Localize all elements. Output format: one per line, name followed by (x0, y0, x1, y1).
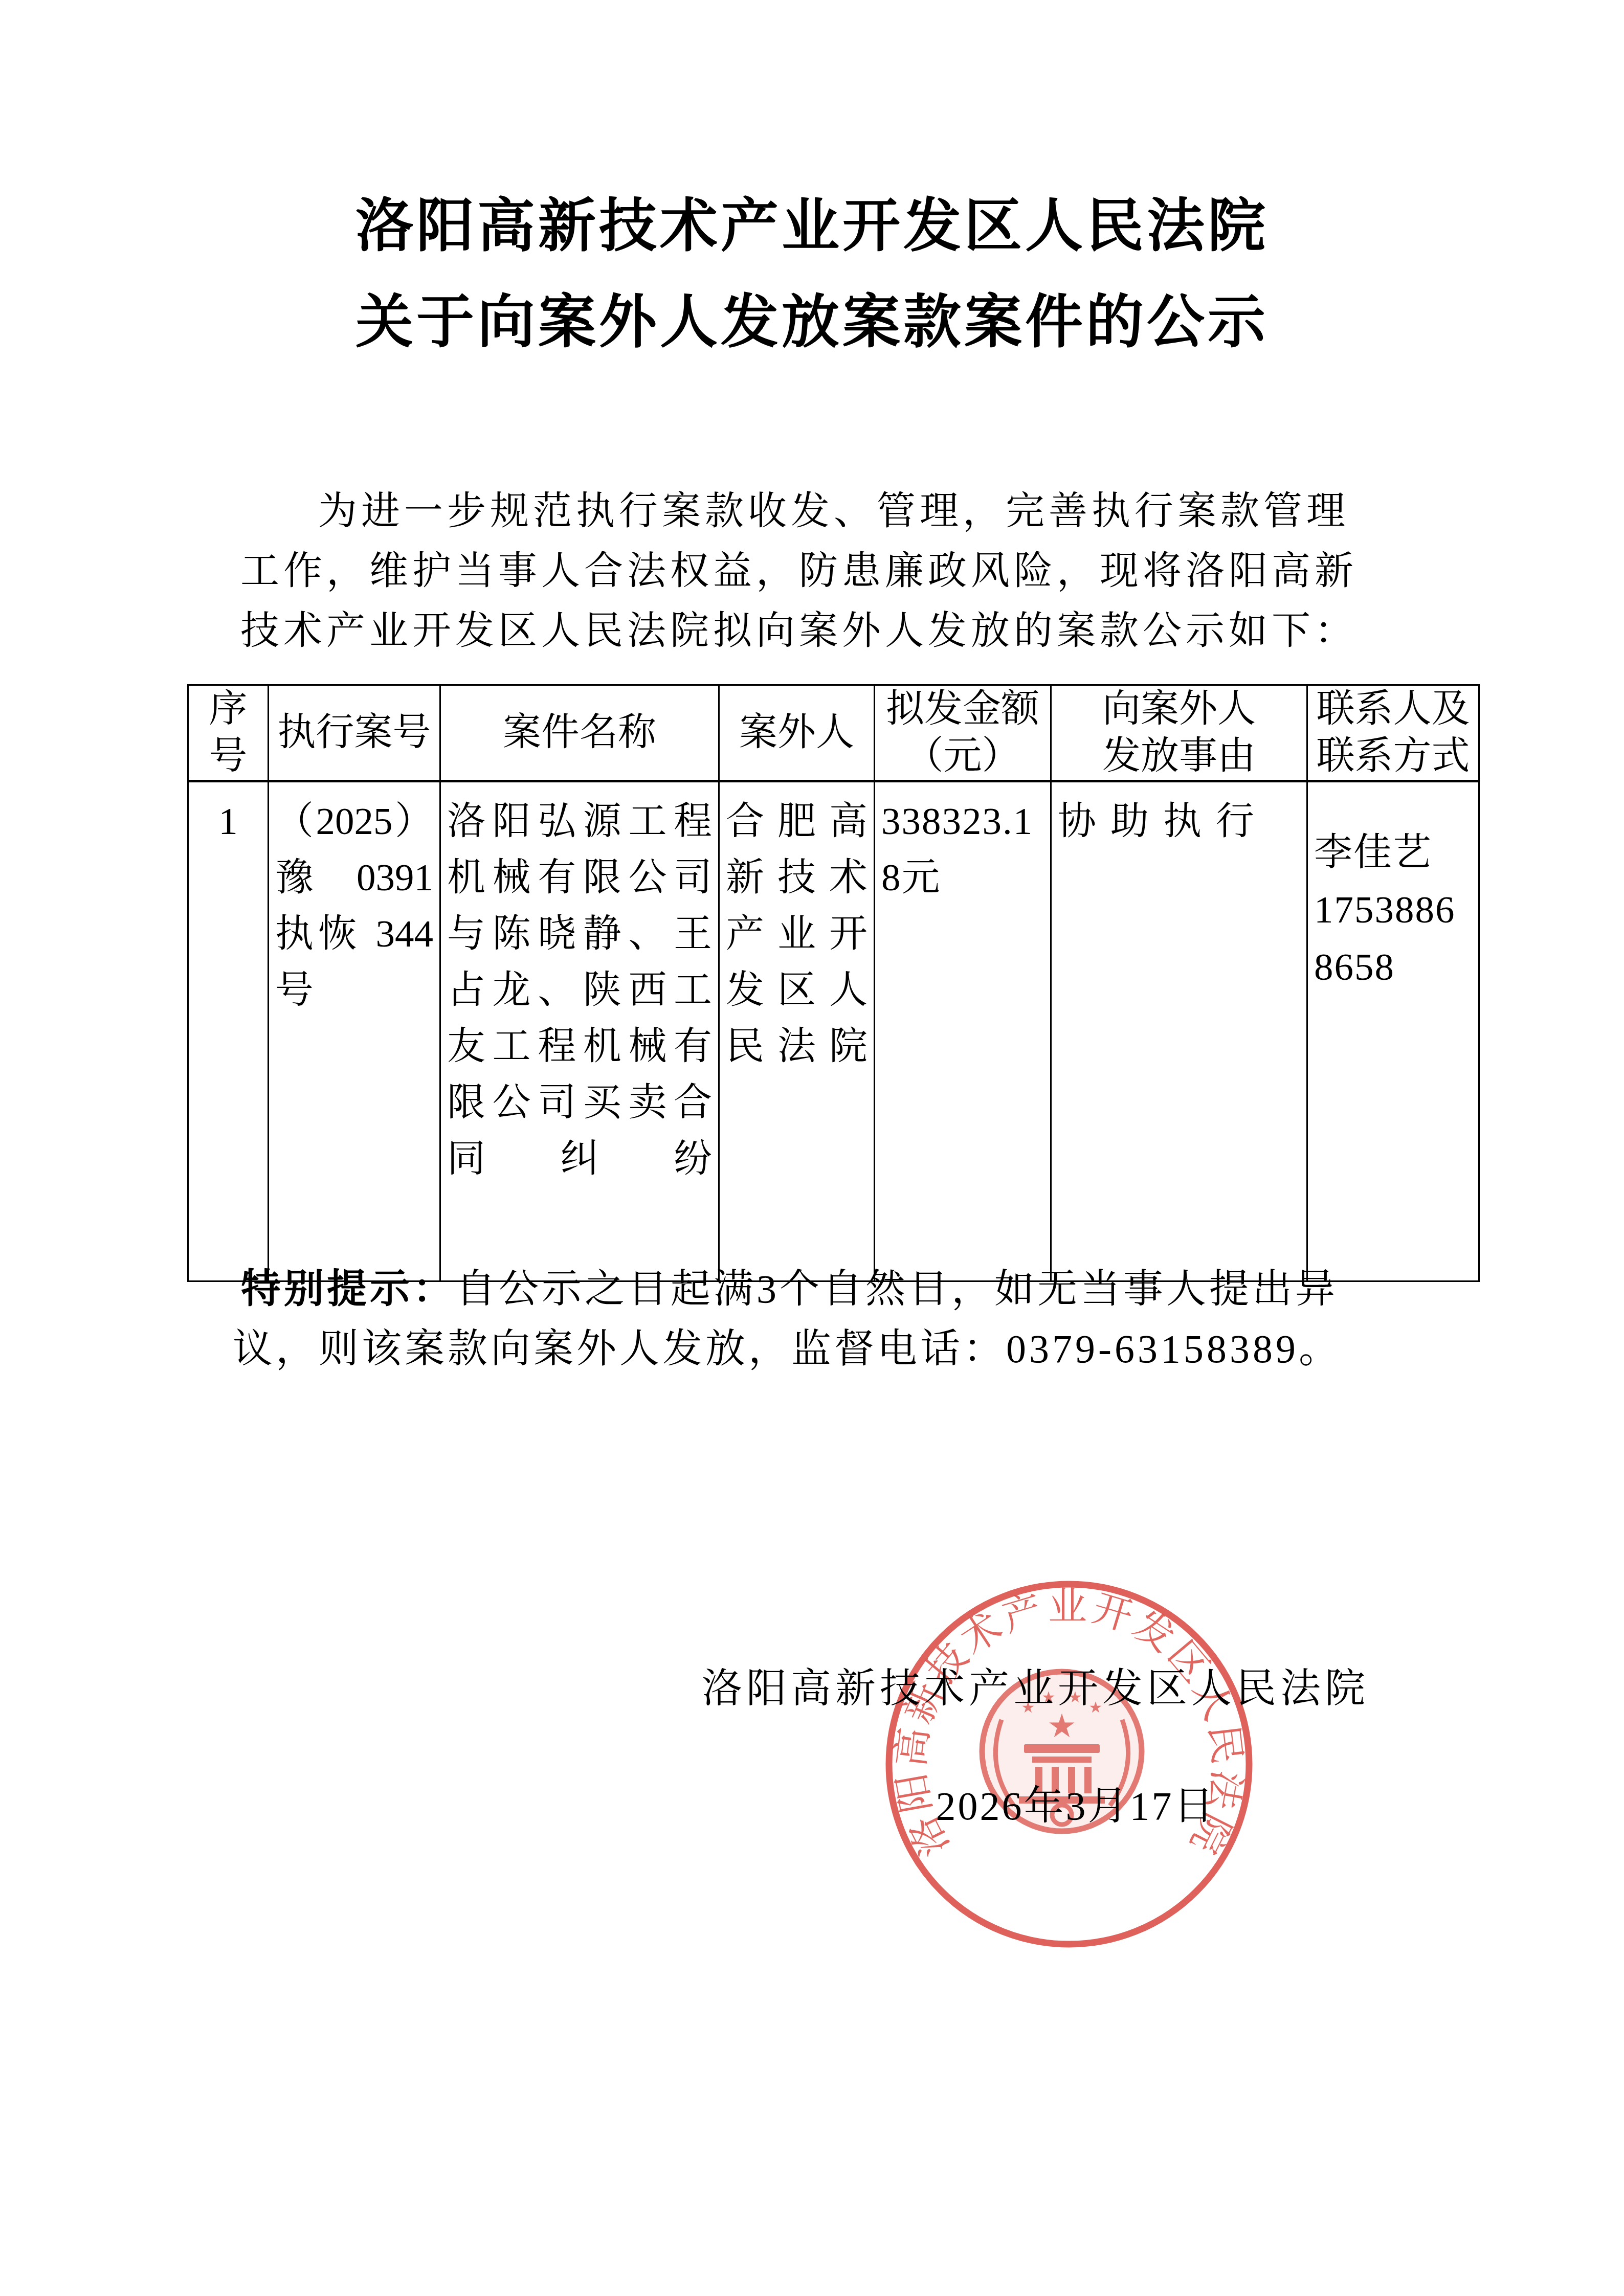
court-seal: 洛阳高新技术产业开发区人民法院 ★ ★ ★ ★ ★ (876, 1571, 1262, 1957)
issue-date: 2026年3月17日 (890, 1781, 1261, 1832)
header-contact: 联系人及 联系方式 (1307, 685, 1479, 781)
header-seq: 序号 (188, 685, 269, 781)
document-page: 洛阳高新技术产业开发区人民法院 关于向案外人发放案款案件的公示 为进一步规范执行… (0, 0, 1624, 2296)
notice-label: 特别提示： (241, 1267, 456, 1311)
case-table: 序号 执行案号 案件名称 案外人 拟发金额 （元） 向案外人 发放事由 联系人及… (187, 684, 1480, 1282)
cell-amount: 338323.18元 (875, 781, 1051, 1281)
cell-reason: 协助执行 (1051, 781, 1307, 1281)
cell-case-name: 洛阳弘源工程 机械有限公司 与陈晓静、王 占龙、陕西工 友工程机械有 限公司买卖… (440, 781, 719, 1281)
cell-seq: 1 (188, 781, 269, 1281)
contact-name: 李佳艺 (1314, 824, 1472, 882)
table-row: 1 （2025） 豫 0391 执恢 344 号 洛阳弘源工程 机械有限公司 与… (188, 781, 1479, 1281)
issuing-court-signature: 洛阳高新技术产业开发区人民法院 (702, 1664, 1369, 1715)
special-notice: 特别提示：自公示之日起满3个自然日，如无当事人提出异 议，则该案款向案外人发放，… (233, 1259, 1476, 1379)
page-title-line1: 洛阳高新技术产业开发区人民法院 (0, 193, 1624, 260)
contact-phone: 17538868658 (1314, 882, 1472, 996)
header-case-no: 执行案号 (269, 685, 440, 781)
cell-case-no: （2025） 豫 0391 执恢 344 号 (269, 781, 440, 1281)
header-case-name: 案件名称 (440, 685, 719, 781)
cell-contact: 李佳艺 17538868658 (1307, 781, 1479, 1281)
header-reason: 向案外人 发放事由 (1051, 685, 1307, 781)
header-outsider: 案外人 (719, 685, 875, 781)
header-amount: 拟发金额 （元） (875, 685, 1051, 781)
cell-outsider: 合肥高 新技术 产业开 发区人 民法院 (719, 781, 875, 1281)
page-title-line2: 关于向案外人发放案款案件的公示 (0, 289, 1624, 356)
intro-paragraph: 为进一步规范执行案款收发、管理，完善执行案款管理 工作，维护当事人合法权益，防患… (240, 482, 1437, 661)
table-header-row: 序号 执行案号 案件名称 案外人 拟发金额 （元） 向案外人 发放事由 联系人及… (188, 685, 1479, 781)
